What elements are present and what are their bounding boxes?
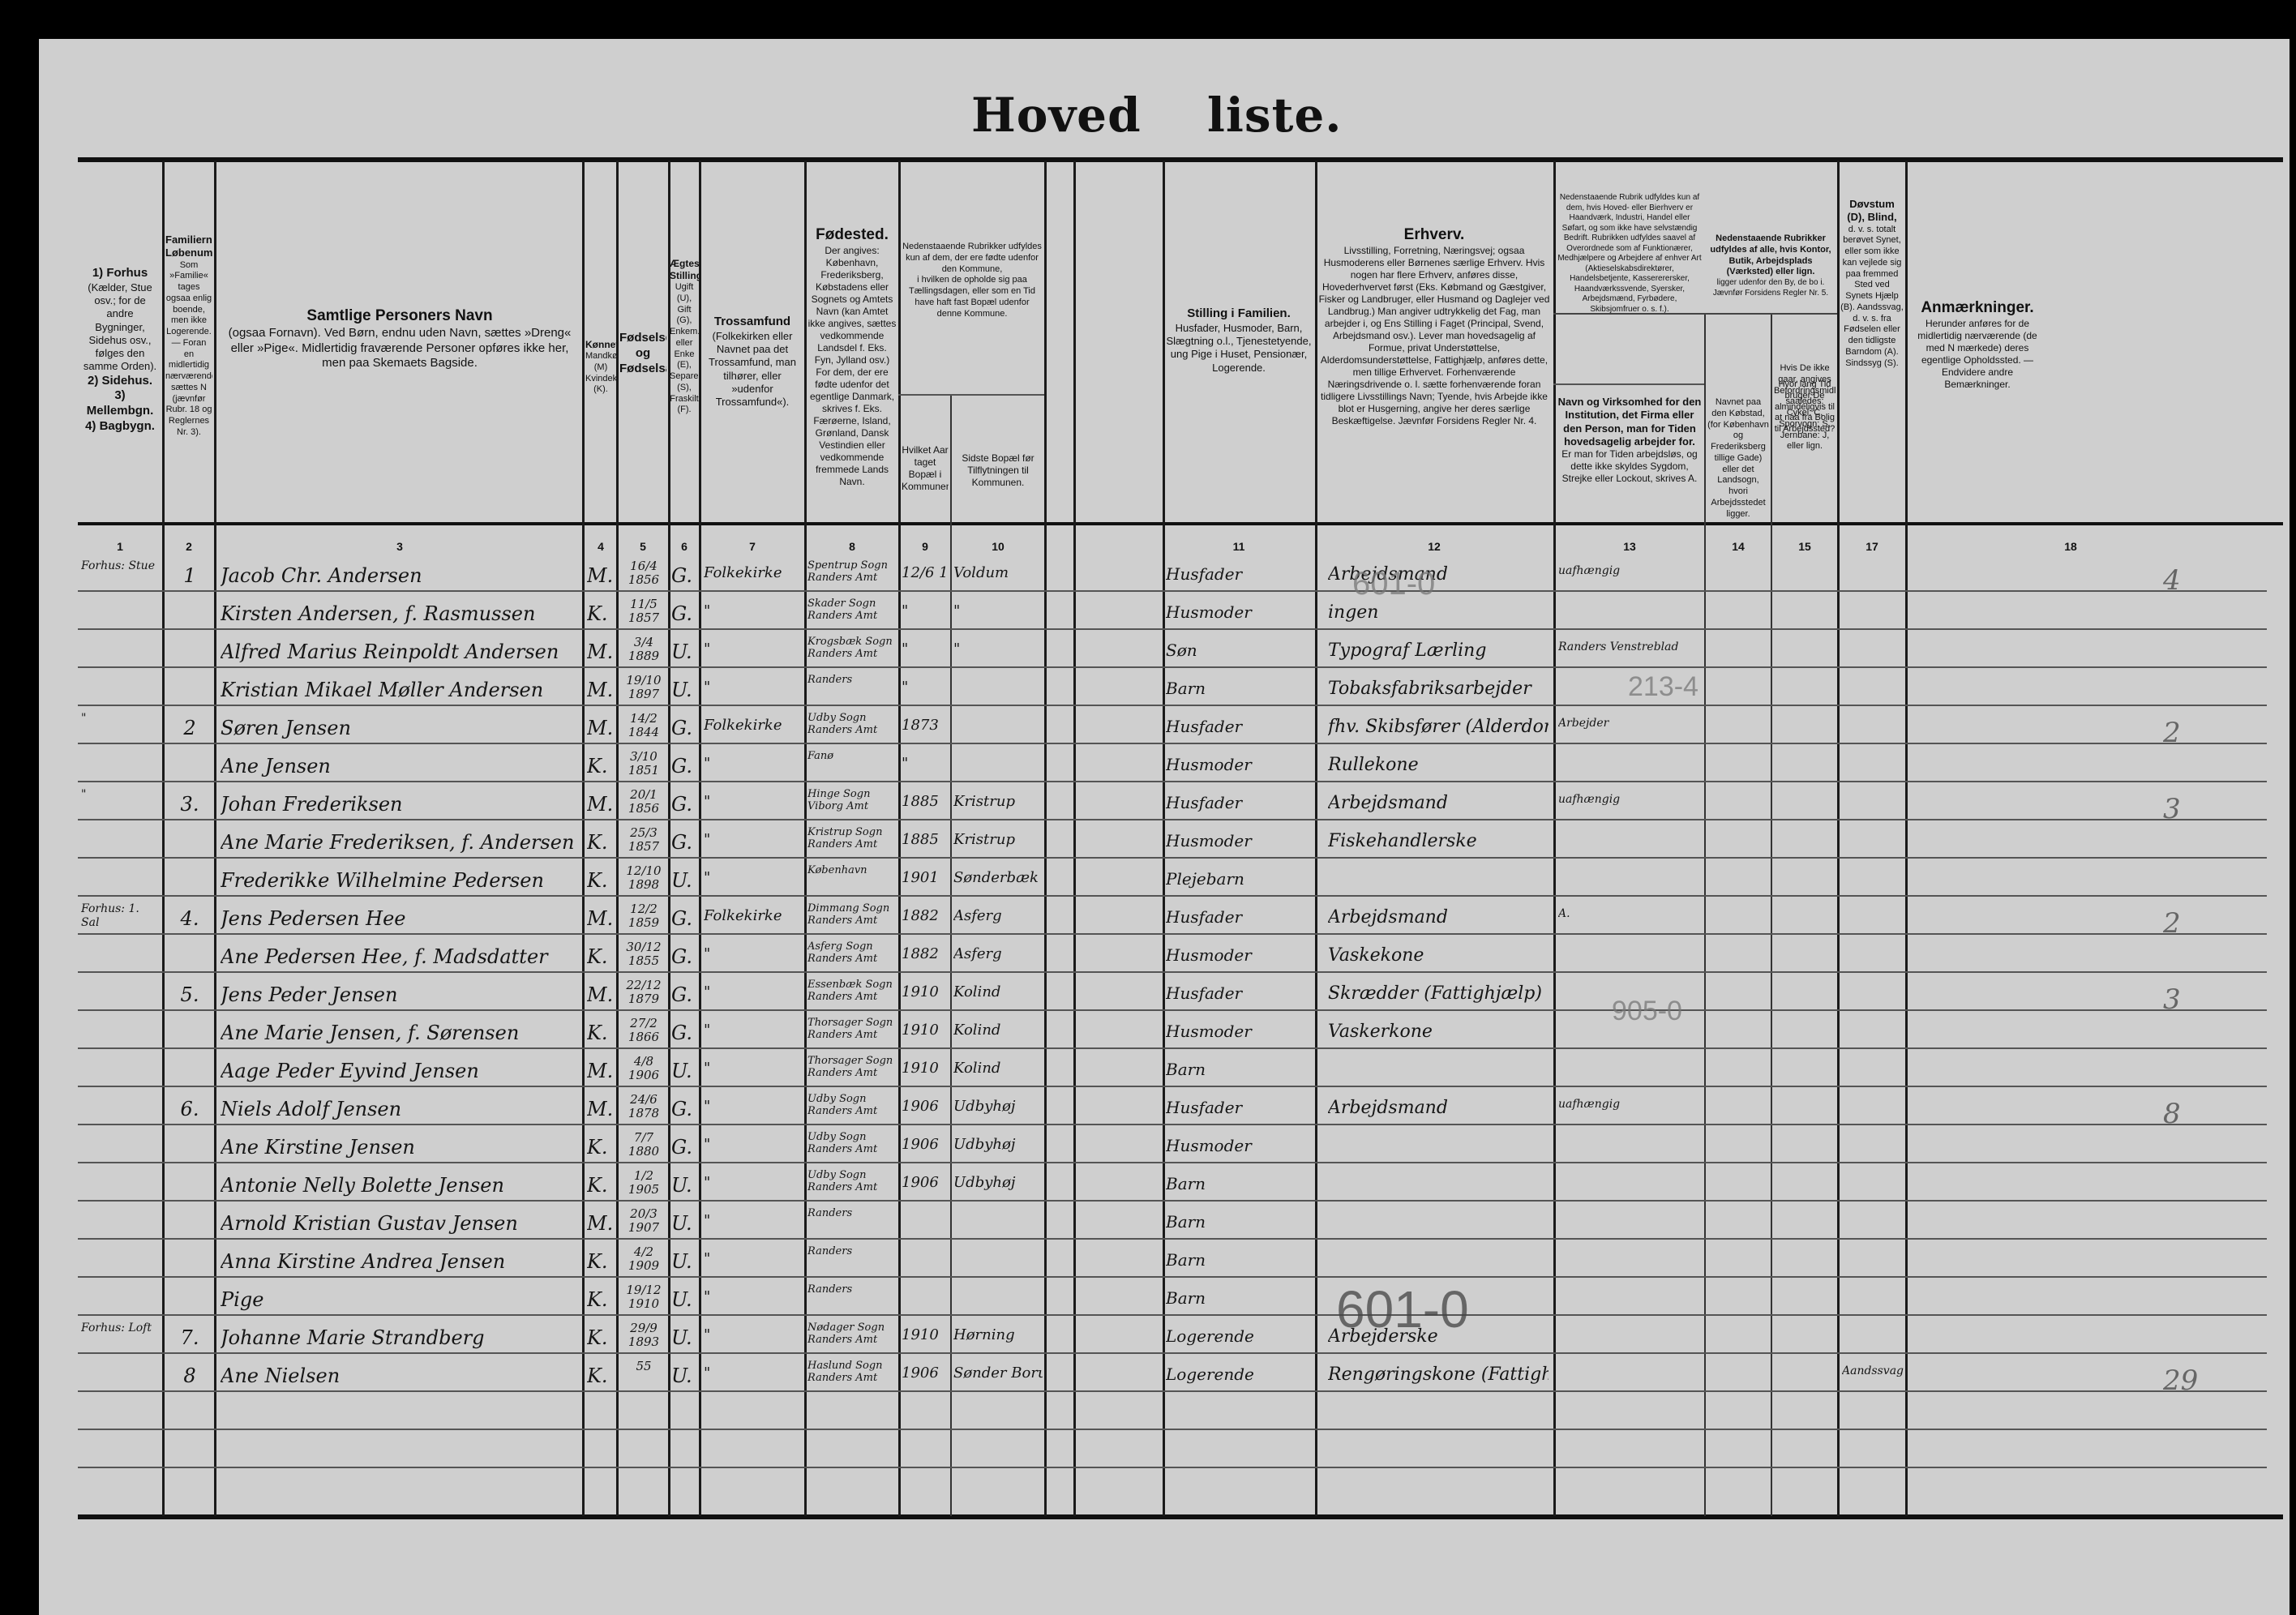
religion-cell: " [704,1136,803,1153]
col-number: 17 [1840,540,1904,553]
row-rule [78,1009,2267,1011]
person-name-cell: Alfred Marius Reinpoldt Andersen [221,640,577,663]
previous-residence-cell: Asferg [953,945,1043,962]
person-name-cell: Ane Pedersen Hee, f. Madsdatter [221,945,577,968]
person-name-cell: Jens Peder Jensen [221,983,577,1006]
religion-cell: " [704,1288,803,1305]
sex-cell: K. [587,1174,615,1197]
religion-cell: " [704,1250,803,1267]
religion-cell: " [704,983,803,1000]
year-moved-cell: 1882 [902,945,949,962]
religion-cell: " [704,755,803,772]
birthplace-cell: Randers [807,1207,897,1219]
header-col-14: Navnet paa den Købstad, (for København o… [1707,397,1769,520]
col-number: 3 [225,540,574,553]
family-position-cell: Husmoder [1166,755,1312,774]
header-col-9-10-group: Nedenstaaende Rubrikker udfyldes kun af … [902,242,1043,319]
occupation-cell: Arbejdsmand [1328,1098,1549,1118]
family-position-cell: Husfader [1166,907,1312,927]
building-cell: Forhus: 1. Sal [81,902,159,930]
row-rule [78,1200,2267,1202]
previous-residence-cell: Asferg [953,907,1043,924]
birth-date-cell: 4/8 1906 [621,1055,666,1082]
pencil-code: 601-0 [1352,566,1435,602]
header-rule [78,522,2283,525]
birth-date-cell: 19/10 1897 [621,674,666,701]
pencil-code: 213-4 [1628,671,1698,703]
col-divider [1073,161,1076,1516]
year-moved-cell: 1873 [902,717,949,734]
person-name-cell: Frederikke Wilhelmine Pedersen [221,869,577,892]
col-divider [1704,315,1706,1516]
sex-cell: K. [587,1022,615,1044]
row-rule [78,857,2267,859]
year-moved-cell: 1910 [902,1022,949,1039]
disability-cell: Aandssvag [1842,1364,1904,1377]
occupation-cell: Skrædder (Fattighjælp) [1328,983,1549,1004]
header-col-18: Anmærkninger. Herunder anføres for de mi… [1908,298,2046,391]
religion-cell: " [704,869,803,886]
sex-cell: K. [587,602,615,625]
religion-cell: " [704,1212,803,1229]
sex-cell: K. [587,831,615,854]
row-rule [78,1390,2267,1392]
person-name-cell: Johan Frederiksen [221,793,577,816]
sex-cell: M. [587,717,615,739]
previous-residence-cell: Udbyhøj [953,1174,1043,1191]
marital-status-cell: G. [671,602,697,625]
marital-status-cell: G. [671,945,697,968]
marital-status-cell: U. [671,869,697,892]
occupation-cell: Rullekone [1328,755,1549,775]
previous-residence-cell: Sønder Borup [953,1364,1043,1382]
col-divider [699,161,701,1516]
col-divider [804,161,807,1516]
year-moved-cell: 1901 [902,869,949,886]
employer-cell: Arbejder [1558,717,1703,730]
col-number: 6 [670,540,699,553]
marital-status-cell: U. [671,1288,697,1311]
family-position-cell: Søn [1166,640,1312,660]
year-moved-cell: 1882 [902,907,949,924]
col-number: 5 [619,540,666,553]
person-name-cell: Johanne Marie Strandberg [221,1326,577,1349]
sex-cell: K. [587,1250,615,1273]
sex-cell: K. [587,1364,615,1387]
birthplace-cell: Dimmang Sogn Randers Amt [807,902,897,927]
birthplace-cell: Spentrup Sogn Randers Amt [807,559,897,584]
family-number-cell: 4. [169,907,211,930]
birth-date-cell: 30/12 1855 [621,940,666,968]
subheader-rule [898,394,1044,396]
header-col-17: Døvstum (D), Blind, d. v. s. totalt berø… [1840,198,1904,369]
person-name-cell: Ane Marie Jensen, f. Sørensen [221,1022,577,1044]
person-name-cell: Pige [221,1288,577,1311]
birthplace-cell: Kristrup Sogn Randers Amt [807,826,897,850]
birthplace-cell: Udby Sogn Randers Amt [807,1131,897,1155]
birth-date-cell: 22/12 1879 [621,979,666,1006]
previous-residence-cell: Kristrup [953,831,1043,848]
birthplace-cell: Essenbæk Sogn Randers Amt [807,979,897,1003]
pencil-code: 601-0 [1336,1279,1469,1339]
marital-status-cell: U. [671,1250,697,1273]
employer-cell: uafhængig [1558,1098,1703,1111]
row-rule [78,628,2267,630]
birthplace-cell: København [807,864,897,876]
col-divider [1771,315,1772,1516]
person-name-cell: Jens Pedersen Hee [221,907,577,930]
person-name-cell: Søren Jensen [221,717,577,739]
birthplace-cell: Randers [807,1283,897,1296]
family-position-cell: Husfader [1166,717,1312,736]
family-position-cell: Plejebarn [1166,869,1312,889]
sex-cell: K. [587,1136,615,1159]
row-rule [78,933,2267,935]
col-number: 2 [165,540,212,553]
col-divider [898,161,901,1516]
building-cell: " [81,712,159,726]
occupation-cell: Vaskerkone [1328,1022,1549,1042]
sex-cell: M. [587,1060,615,1082]
sex-cell: M. [587,1098,615,1120]
birthplace-cell: Udby Sogn Randers Amt [807,1169,897,1193]
family-position-cell: Husfader [1166,564,1312,584]
marital-status-cell: U. [671,679,697,701]
employer-cell: uafhængig [1558,564,1703,577]
previous-residence-cell: Sønderbæk [953,869,1043,886]
year-moved-cell: 1910 [902,1326,949,1343]
sex-cell: M. [587,640,615,663]
religion-cell: " [704,1326,803,1343]
occupation-cell: Vaskekone [1328,945,1549,966]
birth-date-cell: 7/7 1880 [621,1131,666,1159]
previous-residence-cell: Kolind [953,1060,1043,1077]
birth-date-cell: 12/2 1859 [621,902,666,930]
col-divider [214,161,216,1516]
birthplace-cell: Fanø [807,750,897,762]
birthplace-cell: Hinge Sogn Viborg Amt [807,788,897,812]
sex-cell: M. [587,793,615,816]
family-position-cell: Logerende [1166,1364,1312,1384]
year-moved-cell: 1906 [902,1098,949,1115]
header-col-13: Navn og Virksomhed for den Institution, … [1557,396,1703,485]
religion-cell: " [704,679,803,696]
birth-date-cell: 3/10 1851 [621,750,666,778]
row-rule [78,1238,2267,1240]
birth-date-cell: 1/2 1905 [621,1169,666,1197]
marital-status-cell: U. [671,1060,697,1082]
top-rule [78,157,2283,162]
previous-residence-cell: " [953,640,1043,658]
year-moved-cell: 1906 [902,1136,949,1153]
title-word-1: Hoved [971,88,1142,143]
col-number: 14 [1707,540,1769,553]
occupation-cell: Tobaksfabriksarbejder [1328,679,1549,699]
family-number-cell: 1 [169,564,211,587]
sex-cell: K. [587,1288,615,1311]
previous-residence-cell: Udbyhøj [953,1136,1043,1153]
birthplace-cell: Asferg Sogn Randers Amt [807,940,897,965]
row-rule [78,590,2267,592]
sex-cell: K. [587,945,615,968]
family-position-cell: Husfader [1166,983,1312,1003]
family-position-cell: Husmoder [1166,945,1312,965]
col-number: 15 [1774,540,1836,553]
header-col-5: Fødselsdag og Fødselsaar. [619,331,666,376]
remark-cell: 8 [2163,1098,2244,1130]
header-col-10: Sidste Bopæl før Tilflytningen til Kommu… [953,452,1043,489]
previous-residence-cell: " [953,602,1043,619]
birthplace-cell: Haslund Sogn Randers Amt [807,1360,897,1384]
page-title: Hoved liste. [971,88,1342,143]
marital-status-cell: G. [671,983,697,1006]
header-col-11: Stilling i Familien. Husfader, Husmoder,… [1166,306,1312,375]
occupation-cell: Typograf Lærling [1328,640,1549,661]
birthplace-cell: Udby Sogn Randers Amt [807,712,897,736]
religion-cell: Folkekirke [704,907,803,924]
row-rule [78,1086,2267,1087]
col-divider [1905,161,1908,1516]
birthplace-cell: Thorsager Sogn Randers Amt [807,1055,897,1079]
previous-residence-cell: Kristrup [953,793,1043,810]
marital-status-cell: G. [671,1136,697,1159]
religion-cell: " [704,1098,803,1115]
birth-date-cell: 11/5 1857 [621,598,666,625]
col-number: 8 [807,540,897,553]
religion-cell: " [704,831,803,848]
family-number-cell: 3. [169,793,211,816]
person-name-cell: Niels Adolf Jensen [221,1098,577,1120]
row-rule [78,895,2267,897]
col-divider [1163,161,1165,1516]
remark-cell: 2 [2163,907,2244,940]
building-cell: Forhus: Stue [81,559,159,573]
previous-residence-cell: Kolind [953,1022,1043,1039]
row-rule [78,1429,2267,1430]
col-number: 11 [1166,540,1312,553]
building-cell: " [81,788,159,802]
religion-cell: " [704,1174,803,1191]
row-rule [78,971,2267,973]
marital-status-cell: G. [671,793,697,816]
religion-cell: " [704,793,803,810]
birthplace-cell: Randers [807,1245,897,1257]
col-divider [162,161,165,1516]
birth-date-cell: 14/2 1844 [621,712,666,739]
sex-cell: K. [587,869,615,892]
row-rule [78,666,2267,668]
col-number: 12 [1318,540,1550,553]
remark-cell: 3 [2163,793,2244,825]
occupation-cell: Rengøringskone (Fattighjælp, orgelse) [1328,1364,1549,1385]
marital-status-cell: G. [671,907,697,930]
marital-status-cell: U. [671,1212,697,1235]
family-position-cell: Husmoder [1166,1022,1312,1041]
remark-cell: 4 [2163,564,2244,597]
year-moved-cell: " [902,640,949,658]
col-number: 1 [81,540,159,553]
year-moved-cell: 1910 [902,1060,949,1077]
person-name-cell: Jacob Chr. Andersen [221,564,577,587]
year-moved-cell: 1906 [902,1364,949,1382]
religion-cell: " [704,1060,803,1077]
family-position-cell: Barn [1166,1212,1312,1232]
col-divider [1315,161,1317,1516]
col-divider [1837,161,1840,1516]
occupation-cell: Fiskehandlerske [1328,831,1549,851]
row-rule [78,781,2267,782]
family-number-cell: 5. [169,983,211,1006]
sex-cell: K. [587,755,615,778]
sex-cell: M. [587,907,615,930]
religion-cell: " [704,640,803,658]
birth-date-cell: 25/3 1857 [621,826,666,854]
marital-status-cell: U. [671,640,697,663]
person-name-cell: Kristian Mikael Møller Andersen [221,679,577,701]
remark-cell: 3 [2163,983,2244,1016]
person-name-cell: Aage Peder Eyvind Jensen [221,1060,577,1082]
person-name-cell: Arnold Kristian Gustav Jensen [221,1212,577,1235]
header-col-12: Erhverv. Livsstilling, Forretning, Nærin… [1318,225,1550,427]
family-position-cell: Logerende [1166,1326,1312,1346]
sex-cell: M. [587,983,615,1006]
col-number: 9 [902,540,949,553]
birthplace-cell: Randers [807,674,897,686]
col-divider [582,161,585,1516]
row-rule [78,1352,2267,1354]
previous-residence-cell: Kolind [953,983,1043,1000]
title-word-2: liste. [1207,88,1343,143]
header-col-1: 1) Forhus (Kælder, Stue osv.; for de and… [81,266,159,435]
marital-status-cell: G. [671,755,697,778]
occupation-cell: Arbejdsmand [1328,907,1549,927]
birth-date-cell: 55 [621,1360,666,1373]
year-moved-cell: 1906 [902,1174,949,1191]
family-position-cell: Husmoder [1166,831,1312,850]
birth-date-cell: 16/4 1856 [621,559,666,587]
col-number: 7 [702,540,803,553]
birthplace-cell: Udby Sogn Randers Amt [807,1093,897,1117]
header-col-7: Trossamfund (Folkekirken eller Navnet pa… [702,315,803,409]
row-rule [78,1124,2267,1125]
birth-date-cell: 27/2 1866 [621,1017,666,1044]
person-name-cell: Ane Jensen [221,755,577,778]
sex-cell: K. [587,1326,615,1349]
row-rule [78,1314,2267,1316]
person-name-cell: Ane Nielsen [221,1364,577,1387]
header-col-16: Hvis De ikke gaar, angives Befordringsmi… [1774,363,1836,452]
header-col-13-note: Nedenstaaende Rubrik udfyldes kun af dem… [1557,193,1703,315]
header-col-3: Samtlige Personers Navn (ogsaa Fornavn).… [225,306,574,371]
col-number: 13 [1557,540,1703,553]
marital-status-cell: G. [671,564,697,587]
religion-cell: " [704,945,803,962]
person-name-cell: Ane Marie Frederiksen, f. Andersen [221,831,577,854]
year-moved-cell: 12/6 1895 [902,564,949,581]
family-position-cell: Husmoder [1166,1136,1312,1155]
previous-residence-cell: Hørning [953,1326,1043,1343]
row-rule [78,819,2267,820]
person-name-cell: Ane Kirstine Jensen [221,1136,577,1159]
subheader-rule [1553,383,1704,385]
person-name-cell: Antonie Nelly Bolette Jensen [221,1174,577,1197]
marital-status-cell: U. [671,1364,697,1387]
remark-cell: 2 [2163,717,2244,749]
birth-date-cell: 29/9 1893 [621,1322,666,1349]
family-position-cell: Husmoder [1166,602,1312,622]
row-rule [78,1467,2267,1468]
row-rule [78,1162,2267,1163]
birthplace-cell: Skader Sogn Randers Amt [807,598,897,622]
previous-residence-cell: Voldum [953,564,1043,581]
col-number: 10 [953,540,1043,553]
occupation-cell: Arbejdsmand [1328,793,1549,813]
family-position-cell: Barn [1166,1250,1312,1270]
header-col-2: Familiernes Løbenumre. Som »Familie« tag… [165,233,212,439]
person-name-cell: Kirsten Andersen, f. Rasmussen [221,602,577,625]
employer-cell: uafhængig [1558,793,1703,806]
remark-cell: 29 [2163,1364,2244,1397]
sex-cell: M. [587,1212,615,1235]
family-position-cell: Barn [1166,679,1312,698]
marital-status-cell: G. [671,1098,697,1120]
header-col-8: Fødested. Der angives: København, Freder… [807,225,897,488]
sex-cell: M. [587,564,615,587]
birth-date-cell: 3/4 1889 [621,636,666,663]
previous-residence-cell: Udbyhøj [953,1098,1043,1115]
col-divider [616,161,619,1516]
birth-date-cell: 20/3 1907 [621,1207,666,1235]
person-name-cell: Anna Kirstine Andrea Jensen [221,1250,577,1273]
col-divider [950,396,952,1516]
year-moved-cell: " [902,755,949,772]
marital-status-cell: U. [671,1174,697,1197]
family-position-cell: Husfader [1166,1098,1312,1117]
year-moved-cell: " [902,602,949,619]
family-number-cell: 6. [169,1098,211,1120]
header-col-9: Hvilket Aar taget Bopæl i Kommunen? [902,444,949,493]
family-number-cell: 2 [169,717,211,739]
birthplace-cell: Krogsbæk Sogn Randers Amt [807,636,897,660]
occupation-cell: ingen [1328,602,1549,623]
building-cell: Forhus: Loft [81,1322,159,1335]
religion-cell: Folkekirke [704,717,803,734]
marital-status-cell: G. [671,831,697,854]
family-number-cell: 8 [169,1364,211,1387]
religion-cell: Folkekirke [704,564,803,581]
family-position-cell: Barn [1166,1060,1312,1079]
header-col-4: Kønnet Mandkøn (M) Kvindekøn (K). [585,339,616,396]
row-rule [78,1047,2267,1049]
bottom-rule [78,1514,2283,1519]
religion-cell: " [704,1364,803,1382]
occupation-cell: fhv. Skibsfører (Alderdomsunderstøttelse… [1328,717,1549,737]
year-moved-cell: " [902,679,949,696]
marital-status-cell: U. [671,1326,697,1349]
col-number: 4 [585,540,616,553]
year-moved-cell: 1910 [902,983,949,1000]
header-col-14-16-group: Nedenstaaende Rubrikker udfyldes af alle… [1707,233,1834,298]
birth-date-cell: 20/1 1856 [621,788,666,816]
family-position-cell: Husfader [1166,793,1312,812]
birth-date-cell: 19/12 1910 [621,1283,666,1311]
religion-cell: " [704,1022,803,1039]
marital-status-cell: G. [671,717,697,739]
sex-cell: M. [587,679,615,701]
census-sheet: Hoved liste. 1) Forhus (Kælder, Stue osv… [39,39,2290,1615]
birth-date-cell: 12/10 1898 [621,864,666,892]
col-number: 18 [1908,540,2233,553]
